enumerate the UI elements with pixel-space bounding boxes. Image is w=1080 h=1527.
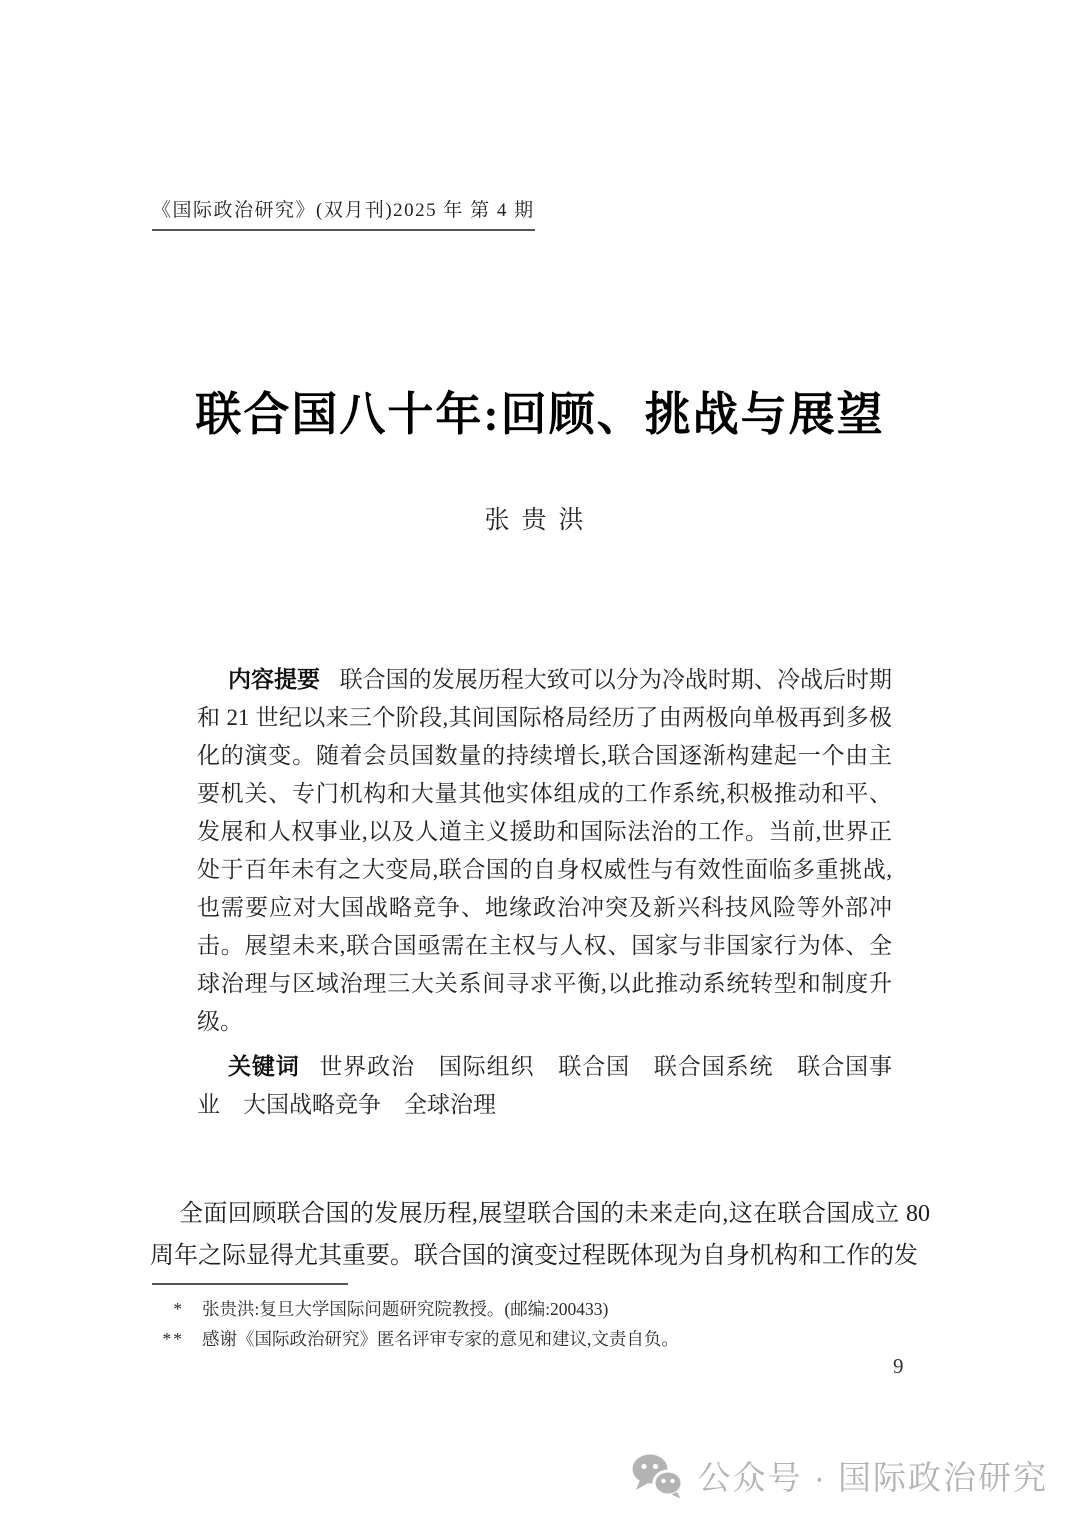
journal-page: 《国际政治研究》(双月刊)2025 年 第 4 期 联合国八十年:回顾、挑战与展… (0, 0, 1080, 1527)
footnote-marker: ** (152, 1324, 184, 1354)
watermark-text: 公众号 · 国际政治研究 (698, 1452, 1048, 1499)
abstract-block: 内容提要联合国的发展历程大致可以分为冷战时期、冷战后时期和 21 世纪以来三个阶… (197, 660, 892, 1124)
abstract-paragraph: 内容提要联合国的发展历程大致可以分为冷战时期、冷战后时期和 21 世纪以来三个阶… (197, 660, 892, 1041)
footnote-text: 感谢《国际政治研究》匿名评审专家的意见和建议,文责自负。 (202, 1324, 679, 1354)
keywords-label: 关键词 (228, 1053, 300, 1079)
abstract-label: 内容提要 (228, 666, 320, 692)
keywords-paragraph: 关键词世界政治 国际组织 联合国 联合国系统 联合国事业 大国战略竞争 全球治理 (197, 1047, 892, 1124)
wechat-watermark: 公众号 · 国际政治研究 (630, 1452, 1048, 1499)
keywords-text: 世界政治 国际组织 联合国 联合国系统 联合国事业 大国战略竞争 全球治理 (197, 1054, 892, 1117)
body-paragraph: 全面回顾联合国的发展历程,展望联合国的未来走向,这在联合国成立 80 周年之际显… (150, 1193, 930, 1277)
footnote-text: 张贵洪:复旦大学国际问题研究院教授。(邮编:200433) (202, 1294, 608, 1324)
body-text-block: 全面回顾联合国的发展历程,展望联合国的未来走向,这在联合国成立 80 周年之际显… (150, 1193, 930, 1277)
footnote-separator (152, 1283, 348, 1285)
article-title: 联合国八十年:回顾、挑战与展望 (0, 378, 1080, 444)
wechat-icon (630, 1453, 684, 1499)
page-number: 9 (893, 1354, 904, 1379)
footnote-row: * 张贵洪:复旦大学国际问题研究院教授。(邮编:200433) (152, 1294, 872, 1324)
journal-header: 《国际政治研究》(双月刊)2025 年 第 4 期 (152, 195, 535, 231)
footnote-marker: * (152, 1294, 184, 1324)
abstract-text: 联合国的发展历程大致可以分为冷战时期、冷战后时期和 21 世纪以来三个阶段,其间… (197, 667, 892, 1034)
footnote-row: ** 感谢《国际政治研究》匿名评审专家的意见和建议,文责自负。 (152, 1324, 872, 1354)
article-author: 张贵洪 (0, 500, 1080, 536)
footnotes: * 张贵洪:复旦大学国际问题研究院教授。(邮编:200433) ** 感谢《国际… (152, 1294, 872, 1354)
